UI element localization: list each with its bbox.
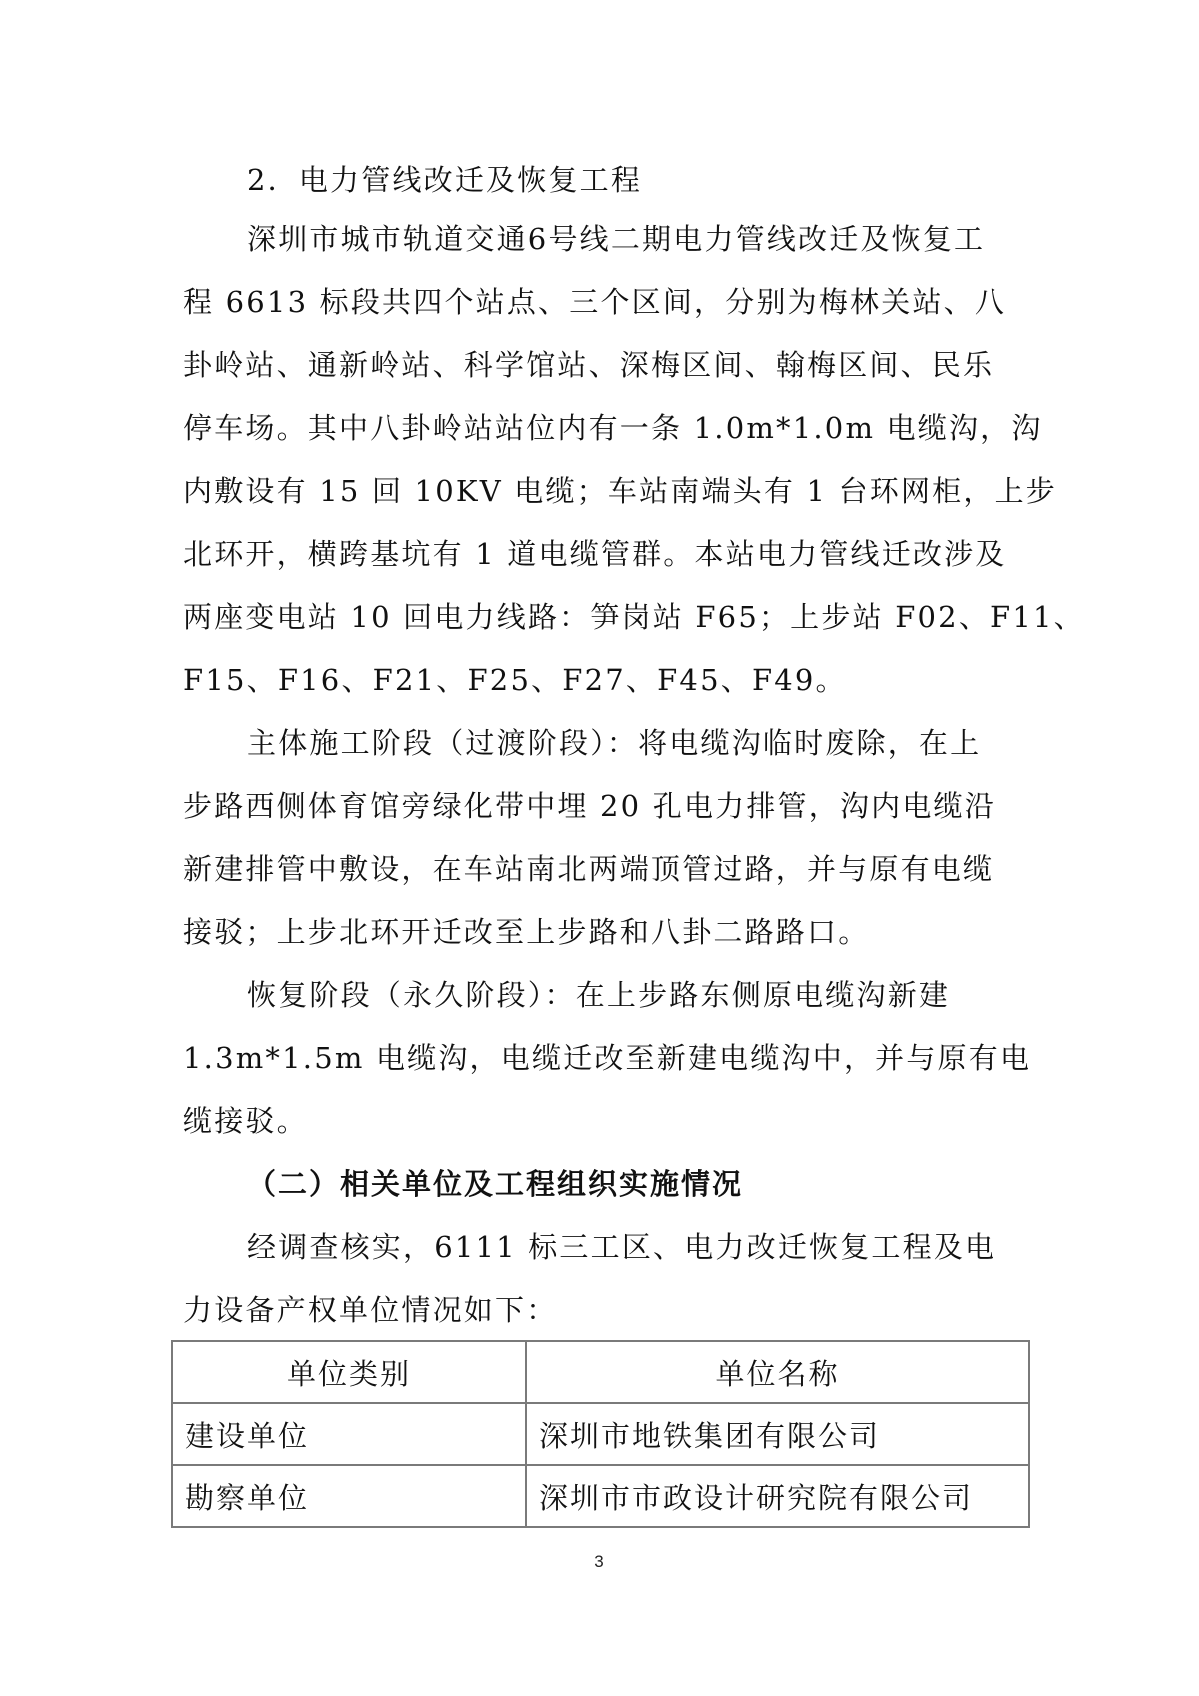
- table-header-row: 单位类别 单位名称: [172, 1341, 1029, 1403]
- paragraph-line: 接驳；上步北环开迁改至上步路和八卦二路路口。: [183, 912, 1023, 952]
- paragraph-line: 1.3m*1.5m 电缆沟，电缆迁改至新建电缆沟中，并与原有电: [183, 1038, 1023, 1078]
- paragraph-line: 经调查核实，6111 标三工区、电力改迁恢复工程及电: [247, 1227, 1023, 1267]
- paragraph-line: 恢复阶段（永久阶段）：在上步路东侧原电缆沟新建: [247, 975, 1023, 1015]
- paragraph-line: 步路西侧体育馆旁绿化带中埋 20 孔电力排管，沟内电缆沿: [183, 786, 1023, 826]
- section-subheading: 2．电力管线改迁及恢复工程: [247, 160, 1023, 200]
- table-row: 建设单位 深圳市地铁集团有限公司: [172, 1403, 1029, 1465]
- table-cell: 勘察单位: [172, 1465, 526, 1527]
- paragraph-line: 内敷设有 15 回 10KV 电缆；车站南端头有 1 台环网柜，上步: [183, 471, 1023, 511]
- paragraph-line: 北环开，横跨基坑有 1 道电缆管群。本站电力管线迁改涉及: [183, 534, 1023, 574]
- units-table: 单位类别 单位名称 建设单位 深圳市地铁集团有限公司 勘察单位 深圳市市政设计研…: [171, 1340, 1030, 1528]
- paragraph-line: 深圳市城市轨道交通6号线二期电力管线改迁及恢复工: [247, 219, 1023, 259]
- table-cell: 深圳市地铁集团有限公司: [526, 1403, 1029, 1465]
- paragraph-line: 程 6613 标段共四个站点、三个区间，分别为梅林关站、八: [183, 282, 1023, 322]
- table-cell: 深圳市市政设计研究院有限公司: [526, 1465, 1029, 1527]
- section-heading: （二）相关单位及工程组织实施情况: [247, 1164, 1023, 1204]
- paragraph-line: 缆接驳。: [183, 1101, 1023, 1141]
- table-header-cell: 单位类别: [172, 1341, 526, 1403]
- paragraph-line: 停车场。其中八卦岭站站位内有一条 1.0m*1.0m 电缆沟，沟: [183, 408, 1023, 448]
- paragraph-line: 主体施工阶段（过渡阶段）：将电缆沟临时废除，在上: [247, 723, 1023, 763]
- table-cell: 建设单位: [172, 1403, 526, 1465]
- document-page: 2．电力管线改迁及恢复工程 深圳市城市轨道交通6号线二期电力管线改迁及恢复工 程…: [0, 0, 1199, 1696]
- page-number: 3: [589, 1552, 609, 1572]
- table-row: 勘察单位 深圳市市政设计研究院有限公司: [172, 1465, 1029, 1527]
- paragraph-line: F15、F16、F21、F25、F27、F45、F49。: [183, 660, 1023, 700]
- paragraph-line: 两座变电站 10 回电力线路：笋岗站 F65；上步站 F02、F11、: [183, 597, 1023, 637]
- table-header-cell: 单位名称: [526, 1341, 1029, 1403]
- paragraph-line: 新建排管中敷设，在车站南北两端顶管过路，并与原有电缆: [183, 849, 1023, 889]
- paragraph-line: 力设备产权单位情况如下：: [183, 1290, 1023, 1330]
- paragraph-line: 卦岭站、通新岭站、科学馆站、深梅区间、翰梅区间、民乐: [183, 345, 1023, 385]
